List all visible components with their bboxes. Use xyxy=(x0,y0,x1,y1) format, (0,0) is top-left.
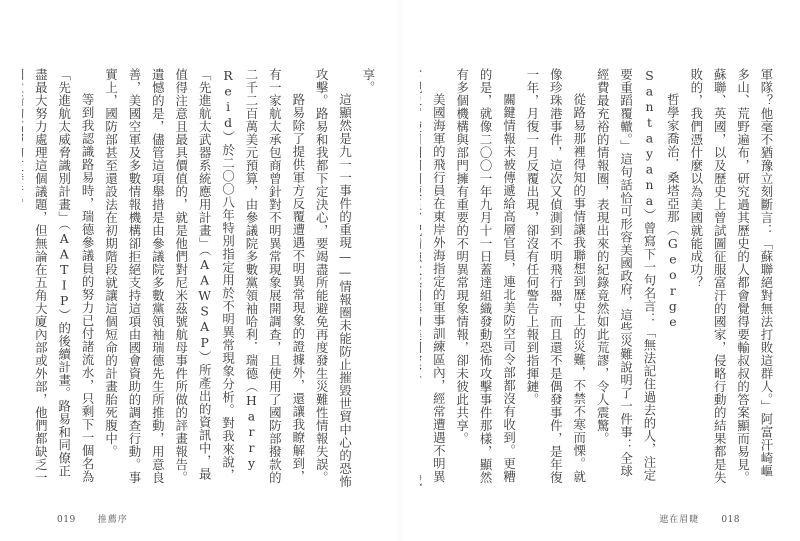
right-page: 軍隊？他毫不猶豫立刻斷言：「蘇聯絕對無法打敗這群人。」阿富汗崎嶇多山、荒野遍布，… xyxy=(400,0,800,541)
page-number: 018 xyxy=(721,515,740,525)
paragraph: 等到我認識路易時，瑞德參議員的努力已付諸流水，只剩下一個名為「先進航太威脅識別計… xyxy=(22,68,99,488)
running-title: 推薦序 xyxy=(98,512,128,525)
paragraph: 軍隊？他毫不猶豫立刻斷言：「蘇聯絕對無法打敗這群人。」阿富汗崎嶇多山、荒野遍布，… xyxy=(684,68,778,488)
paragraph: 美國海軍的飛行員在東岸外海指定的軍事訓練區內，經常遭遇不明異常現象。使用相同訓練… xyxy=(420,68,450,488)
paragraph: 關鍵情報未被傳遞給高層官員，連北美防空司令部都沒有收到。更糟的是，就像二〇〇一年… xyxy=(450,68,520,488)
right-page-footer: 遮在眉睫 018 xyxy=(659,512,740,525)
paragraph: 哲學家喬治．桑塔亞那（George Santayana）曾寫下一句名言：「無法記… xyxy=(591,68,685,488)
left-page-body: 享。 這顯然是九一一事件的重現——情報圈未能防止摧毀世貿中心的恐怖攻擊。路易和我… xyxy=(22,68,380,488)
right-page-body: 軍隊？他毫不猶豫立刻斷言：「蘇聯絕對無法打敗這群人。」阿富汗崎嶇多山、荒野遍布，… xyxy=(420,68,778,488)
running-title: 遮在眉睫 xyxy=(659,512,699,525)
book-spread: 享。 這顯然是九一一事件的重現——情報圈未能防止摧毀世貿中心的恐怖攻擊。路易和我… xyxy=(0,0,800,541)
paragraph: 路易除了提供軍方反覆遭遇不明異常現象的證據外，還讓我瞭解到，有一家航太承包商曾針… xyxy=(99,68,310,488)
left-page: 享。 這顯然是九一一事件的重現——情報圈未能防止摧毀世貿中心的恐怖攻擊。路易和我… xyxy=(0,0,400,541)
paragraph: 從路易那裡得知的事情讓我聯想到歷史上的災難，不禁不寒而慄。就像珍珠港事件，這次又… xyxy=(521,68,591,488)
left-page-footer: 019 推薦序 xyxy=(57,512,128,525)
page-number: 019 xyxy=(57,515,76,525)
paragraph: 享。 xyxy=(357,68,380,488)
paragraph: 這顯然是九一一事件的重現——情報圈未能防止摧毀世貿中心的恐怖攻擊。路易和我都下定… xyxy=(310,68,357,488)
